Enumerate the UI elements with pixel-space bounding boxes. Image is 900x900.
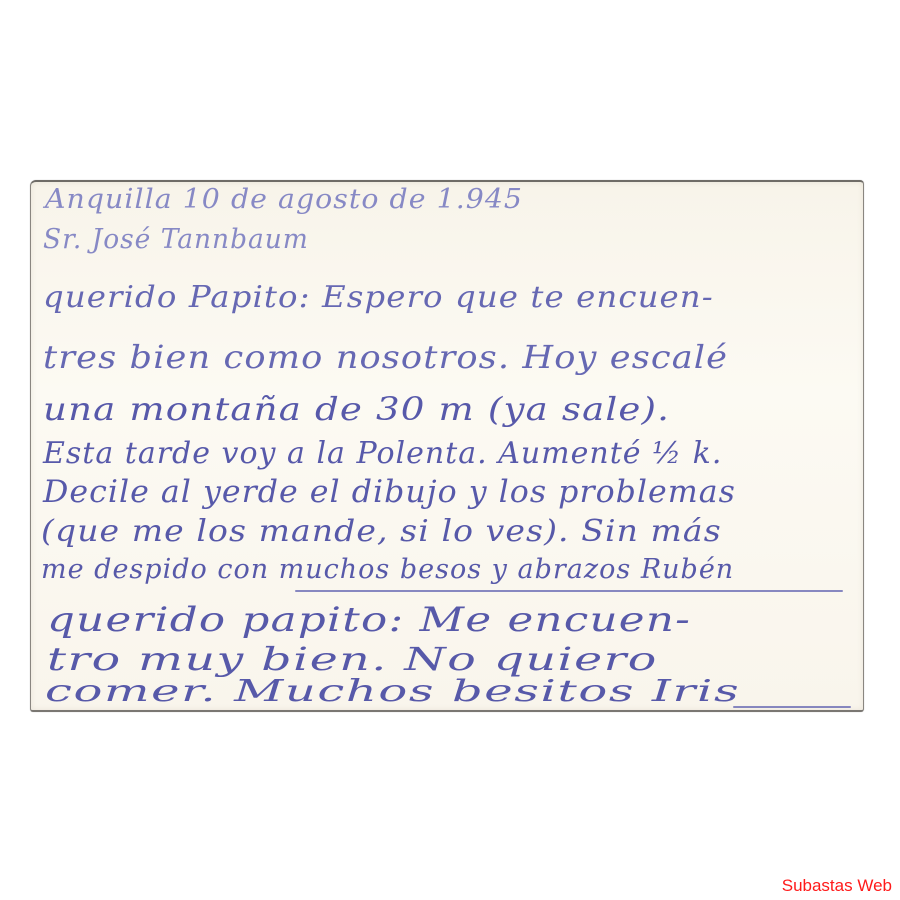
- letter-line-body-1: tres bien como nosotros. Hoy escalé: [43, 338, 728, 376]
- letter-line-second-writer-1: querido papito: Me encuen-: [47, 600, 691, 640]
- postcard-back: Anquilla 10 de agosto de 1.945 Sr. José …: [30, 180, 864, 712]
- letter-line-addressee: Sr. José Tannbaum: [43, 224, 309, 255]
- letter-line-place-date: Anquilla 10 de agosto de 1.945: [45, 184, 523, 215]
- letter-line-body-2: una montaña de 30 m (ya sale).: [43, 390, 670, 428]
- letter-line-second-writer-2: tro muy bien. No quiero: [47, 640, 658, 678]
- watermark-subastas-web: Subastas Web: [782, 876, 892, 896]
- signoff-underline: [295, 590, 843, 592]
- letter-line-body-5: (que me los mande, si lo ves). Sin más: [41, 514, 722, 549]
- letter-line-second-writer-3: comer. Muchos besitos Iris: [45, 674, 740, 709]
- letter-line-body-3: Esta tarde voy a la Polenta. Aumenté ½ k…: [43, 436, 722, 471]
- letter-line-body-4: Decile al yerde el dibujo y los problema…: [43, 474, 736, 510]
- letter-line-greeting: querido Papito: Espero que te encuen-: [43, 280, 714, 315]
- letter-line-signoff-ruben: me despido con muchos besos y abrazos Ru…: [41, 554, 734, 585]
- signature-underline: [733, 706, 851, 708]
